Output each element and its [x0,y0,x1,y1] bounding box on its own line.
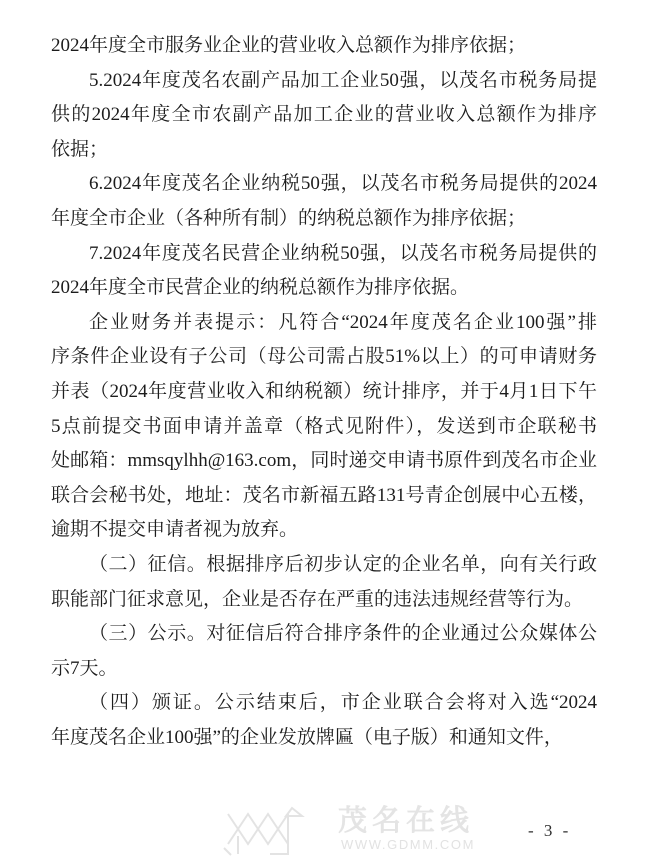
text-line: 依据； [51,133,597,168]
text-line: 联合会秘书处，地址：茂名市新福五路131号青企创展中心五楼， [51,479,597,514]
watermark-gdmm-logo-icon [222,804,310,858]
watermark-site-url: WWW.GDMM.COM [341,838,475,852]
text-line: （三）公示。对征信后符合排序条件的企业通过公众媒体公 [51,617,597,652]
text-line: 并表（2024年度营业收入和纳税额）统计排序，并于4月1日下午 [51,375,597,410]
text-line: 示7天。 [51,652,597,687]
text-line: （四）颁证。公示结束后，市企业联合会将对入选“2024 [51,686,597,721]
text-line: （二）征信。根据排序后初步认定的企业名单，向有关行政 [51,548,597,583]
text-line: 企业财务并表提示：凡符合“2024年度茂名企业100强”排 [51,306,597,341]
document-page: 2024年度全市服务业企业的营业收入总额作为排序依据；5.2024年度茂名农副产… [0,0,645,858]
text-line: 处邮箱：mmsqylhh@163.com，同时递交申请书原件到茂名市企业 [51,444,597,479]
document-lines: 2024年度全市服务业企业的营业收入总额作为排序依据；5.2024年度茂名农副产… [51,29,597,755]
text-line: 2024年度全市服务业企业的营业收入总额作为排序依据； [51,29,597,64]
watermark-site-name: 茂名在线 [338,806,474,836]
text-line: 供的2024年度全市农副产品加工企业的营业收入总额作为排序 [51,98,597,133]
text-line: 逾期不提交申请者视为放弃。 [51,513,597,548]
text-line: 5.2024年度茂名农副产品加工企业50强，以茂名市税务局提 [51,64,597,99]
text-line: 职能部门征求意见，企业是否存在严重的违法违规经营等行为。 [51,583,597,618]
text-line: 年度全市企业（各种所有制）的纳税总额作为排序依据； [51,202,597,237]
text-line: 序条件企业设有子公司（母公司需占股51%以上）的可申请财务 [51,340,597,375]
text-line: 7.2024年度茂名民营企业纳税50强，以茂名市税务局提供的 [51,237,597,272]
text-line: 2024年度全市民营企业的纳税总额作为排序依据。 [51,271,597,306]
text-line: 6.2024年度茂名企业纳税50强，以茂名市税务局提供的2024 [51,167,597,202]
text-line: 年度茂名企业100强”的企业发放牌匾（电子版）和通知文件， [51,721,597,756]
text-line: 5点前提交书面申请并盖章（格式见附件），发送到市企联秘书 [51,410,597,445]
page-number: - 3 - [528,821,571,841]
